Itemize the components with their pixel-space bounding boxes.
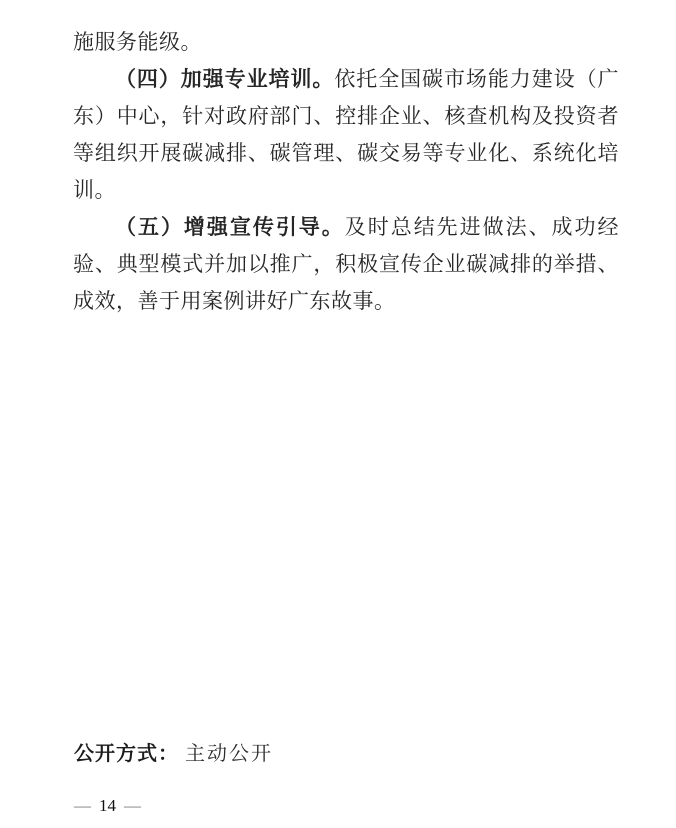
page-number-right-dash: — [124,796,141,815]
page-number-value: 14 [99,796,116,815]
document-text-block: 施服务能级。 （四）加强专业培训。依托全国碳市场能力建设（广东）中心，针对政府部… [73,24,619,320]
page-number-left-dash: — [74,796,91,815]
disclosure-line: 公开方式：主动公开 [74,741,273,767]
paragraph-continuation: 施服务能级。 [73,24,619,61]
paragraph-lead: （五）增强宣传引导。 [115,215,345,239]
paragraph-text: 施服务能级。 [73,30,202,54]
disclosure-value: 主动公开 [185,743,273,765]
document-page: 施服务能级。 （四）加强专业培训。依托全国碳市场能力建设（广东）中心，针对政府部… [0,0,676,828]
page-number: —14— [74,795,141,817]
paragraph-item-5: （五）增强宣传引导。及时总结先进做法、成功经验、典型模式并加以推广，积极宣传企业… [73,209,619,320]
paragraph-lead: （四）加强专业培训。 [115,67,334,91]
paragraph-item-4: （四）加强专业培训。依托全国碳市场能力建设（广东）中心，针对政府部门、控排企业、… [73,61,619,209]
disclosure-label: 公开方式： [74,743,179,765]
